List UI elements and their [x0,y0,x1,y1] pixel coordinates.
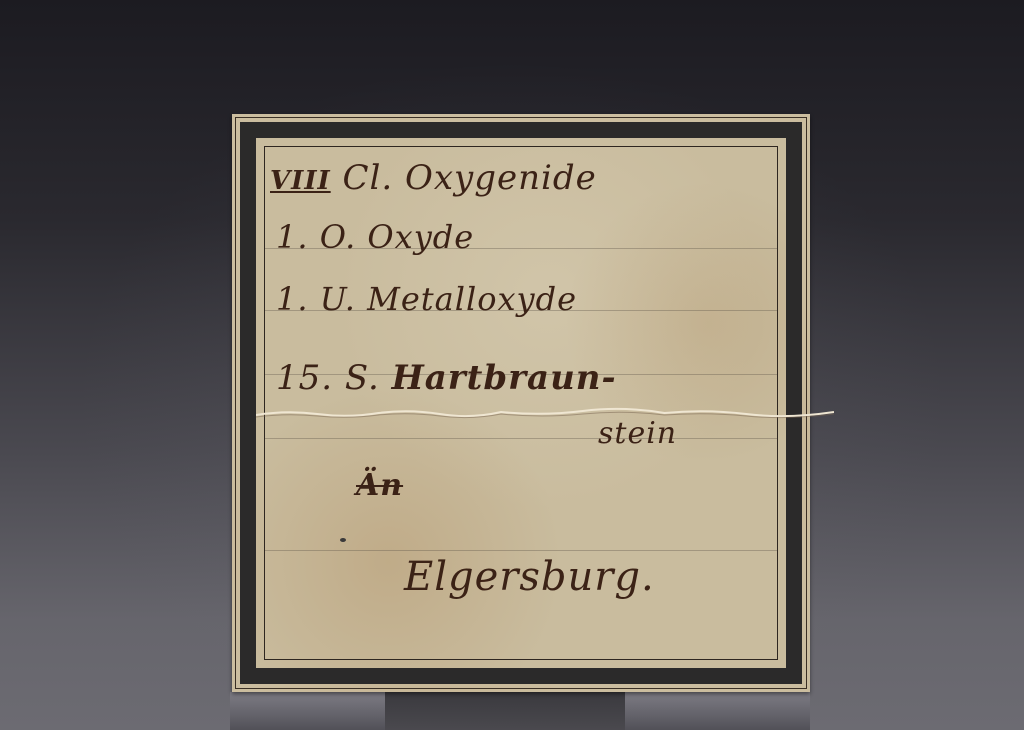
specimen-label-card: VIII Cl. Oxygenide 1. O. Oxyde 1. U. Met… [232,114,810,692]
order-name: Oxyde [367,218,474,256]
label-line-class: VIII Cl. Oxygenide [270,158,597,198]
label-paper: VIII Cl. Oxygenide 1. O. Oxyde 1. U. Met… [256,138,786,668]
species-prefix: 15. S. [276,358,380,398]
ruled-line [265,438,777,439]
suborder-prefix: 1. U. [276,280,356,318]
order-prefix: 1. O. [276,218,356,256]
locality: Elgersburg. [404,554,655,600]
class-numeral: VIII [270,166,331,196]
ink-speck [340,538,346,542]
label-line-species: 15. S. Hartbraun- [276,358,617,398]
species-name: Hartbraun- [392,358,617,398]
label-line-order: 1. O. Oxyde [276,218,474,256]
ruled-line [265,550,777,551]
struck-locality-word: Än [356,468,403,503]
suborder-name: Metalloxyde [367,280,577,318]
stand-shadow [385,692,625,730]
species-name-continuation: stein [598,416,677,451]
paper-crease [256,406,834,420]
label-line-suborder: 1. U. Metalloxyde [276,280,577,318]
class-name: Cl. Oxygenide [342,158,596,198]
